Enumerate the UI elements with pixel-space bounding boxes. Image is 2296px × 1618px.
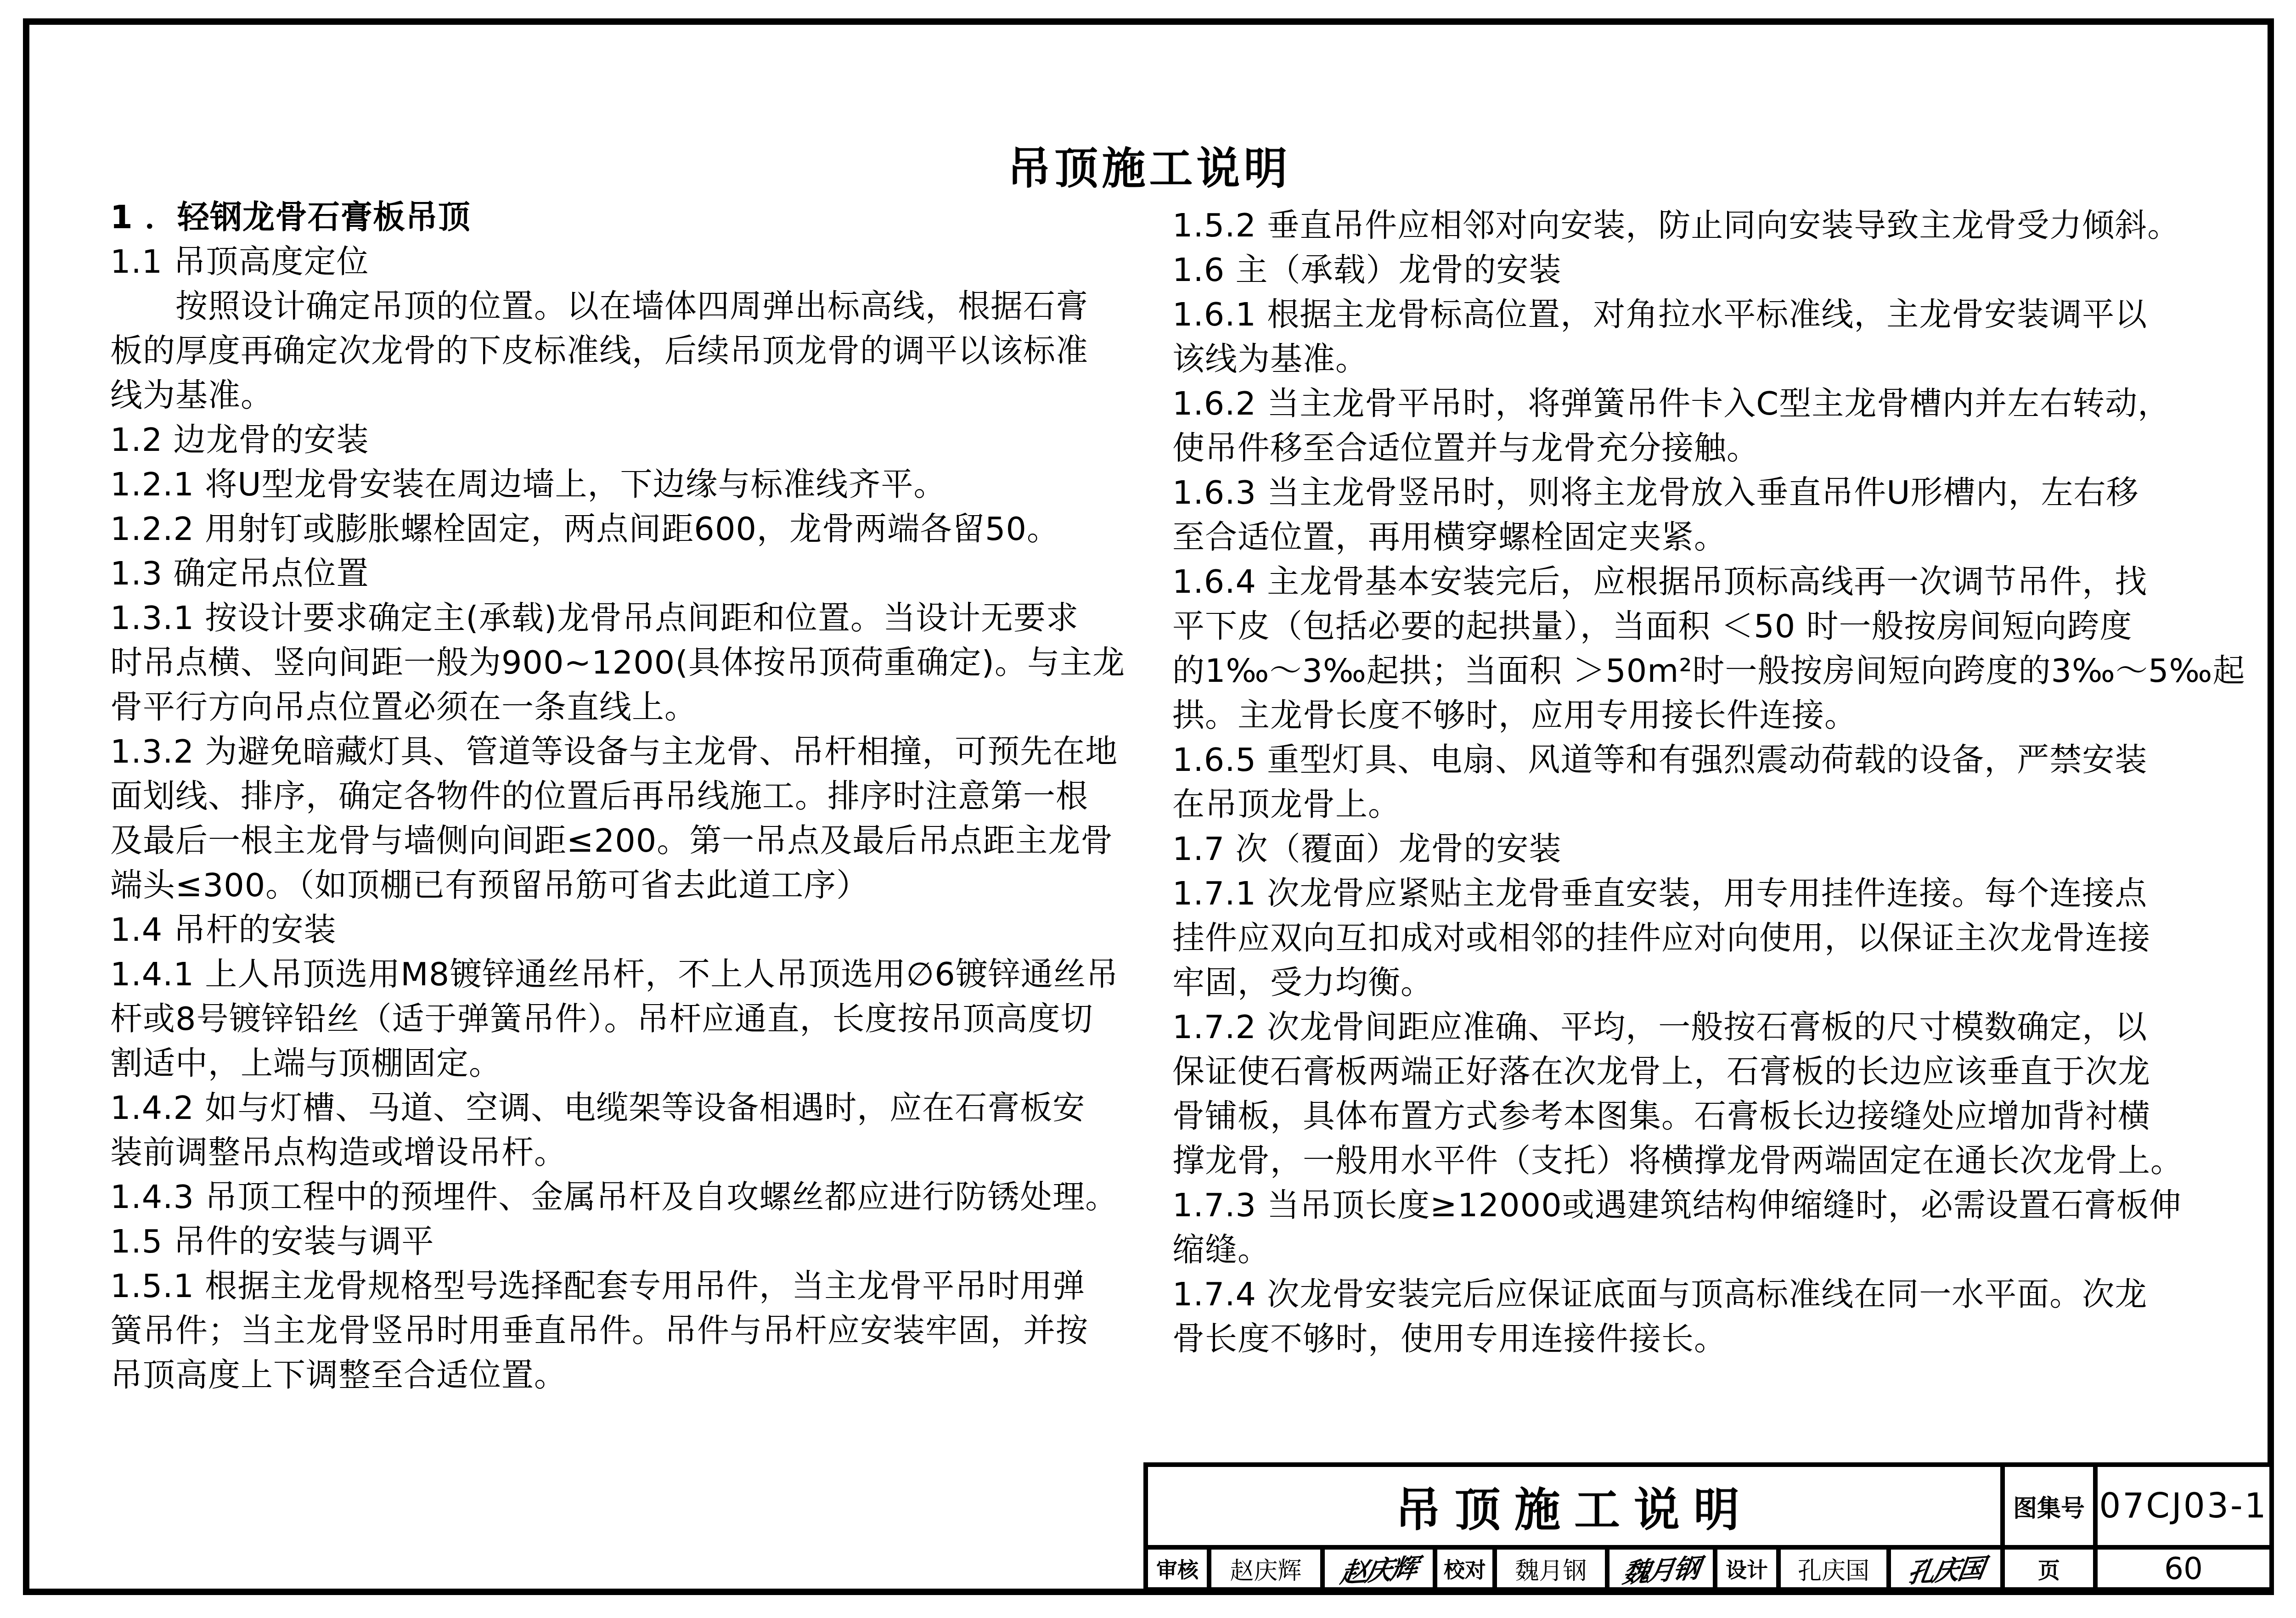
page-label: 页	[2005, 1550, 2093, 1587]
text-line: 1 ．轻钢龙骨石膏板吊顶	[110, 195, 1143, 240]
text-line: 杆或8号镀锌铅丝（适于弹簧吊件）。吊杆应通直，长度按吊顶高度切	[110, 997, 1143, 1041]
text-line: 按照设计确定吊顶的位置。以在墙体四周弹出标高线，根据石膏	[110, 284, 1143, 329]
designer-signature: 孔庆国	[1891, 1550, 2000, 1587]
text-line: 骨铺板，具体布置方式参考本图集。石膏板长边接缝处应增加背衬横	[1172, 1094, 2247, 1139]
text-line: 1.5 吊件的安装与调平	[110, 1219, 1143, 1264]
text-line: 1.2.1 将U型龙骨安装在周边墙上，下边缘与标准线齐平。	[110, 462, 1143, 507]
page-title: 吊顶施工说明	[0, 134, 2296, 197]
text-line: 1.6.2 当主龙骨平吊时，将弹簧吊件卡入C型主龙骨槽内并左右转动，	[1172, 382, 2247, 426]
text-line: 骨长度不够时，使用专用连接件接长。	[1172, 1317, 2247, 1361]
text-line: 牢固，受力均衡。	[1172, 961, 2247, 1005]
drawing-title-cell: 吊顶施工说明	[1148, 1467, 2000, 1545]
signature-handwriting: 孔庆国	[1905, 1550, 1986, 1587]
text-line: 使吊件移至合适位置并与龙骨充分接触。	[1172, 426, 2247, 471]
text-line: 1.3 确定吊点位置	[110, 551, 1143, 596]
text-line: 线为基准。	[110, 373, 1143, 418]
text-line: 割适中，上端与顶棚固定。	[110, 1041, 1143, 1086]
text-line: 骨平行方向吊点位置必须在一条直线上。	[110, 685, 1143, 730]
signature-handwriting: 魏月钢	[1621, 1550, 1702, 1587]
reviewer-name: 赵庆辉	[1211, 1550, 1320, 1587]
text-line: 1.2 边龙骨的安装	[110, 418, 1143, 462]
text-line: 保证使石膏板两端正好落在次龙骨上，石膏板的长边应该垂直于次龙	[1172, 1050, 2247, 1094]
text-line: 吊顶高度上下调整至合适位置。	[110, 1353, 1143, 1398]
designer-name: 孔庆国	[1781, 1550, 1886, 1587]
text-line: 1.7 次（覆面）龙骨的安装	[1172, 827, 2247, 871]
text-line: 1.4.2 如与灯槽、马道、空调、电缆架等设备相遇时，应在石膏板安	[110, 1086, 1143, 1130]
designer-label: 设计	[1717, 1550, 1776, 1587]
text-line: 1.7.4 次龙骨安装完后应保证底面与顶高标准线在同一水平面。次龙	[1172, 1272, 2247, 1317]
text-line: 1.3.2 为避免暗藏灯具、管道等设备与主龙骨、吊杆相撞，可预先在地	[110, 730, 1143, 774]
document-page: 吊顶施工说明 1 ．轻钢龙骨石膏板吊顶1.1 吊顶高度定位 按照设计确定吊顶的位…	[0, 0, 2296, 1618]
text-line: 在吊顶龙骨上。	[1172, 782, 2247, 827]
text-line: 1.4 吊杆的安装	[110, 908, 1143, 952]
signature-handwriting: 赵庆辉	[1339, 1550, 1419, 1587]
text-line: 撑龙骨，一般用水平件（支托）将横撑龙骨两端固定在通长次龙骨上。	[1172, 1139, 2247, 1183]
text-line: 装前调整吊点构造或增设吊杆。	[110, 1130, 1143, 1175]
text-line: 1.1 吊顶高度定位	[110, 240, 1143, 284]
text-line: 时吊点横、竖向间距一般为900~1200(具体按吊顶荷重确定)。与主龙	[110, 640, 1143, 685]
text-line: 端头≤300。（如顶棚已有预留吊筋可省去此道工序）	[110, 863, 1143, 908]
text-line: 至合适位置，再用横穿螺栓固定夹紧。	[1172, 515, 2247, 560]
text-line: 1.6.1 根据主龙骨标高位置，对角拉水平标准线，主龙骨安装调平以	[1172, 292, 2247, 337]
text-line: 1.5.2 垂直吊件应相邻对向安装，防止同向安装导致主龙骨受力倾斜。	[1172, 203, 2247, 248]
text-line: 的1‰～3‰起拱；当面积 ＞50m²时一般按房间短向跨度的3‰～5‰起	[1172, 649, 2247, 693]
text-line: 及最后一根主龙骨与墙侧向间距≤200。第一吊点及最后吊点距主龙骨	[110, 819, 1143, 863]
text-line: 1.7.3 当吊顶长度≥12000或遇建筑结构伸缩缝时，必需设置石膏板伸	[1172, 1183, 2247, 1228]
reviewer-label: 审核	[1148, 1550, 1207, 1587]
text-line: 该线为基准。	[1172, 337, 2247, 382]
proofreader-signature: 魏月钢	[1609, 1550, 1713, 1587]
text-line: 1.7.1 次龙骨应紧贴主龙骨垂直安装，用专用挂件连接。每个连接点	[1172, 871, 2247, 916]
text-line: 1.6.3 当主龙骨竖吊时，则将主龙骨放入垂直吊件U形槽内，左右移	[1172, 471, 2247, 515]
text-line: 1.4.3 吊顶工程中的预埋件、金属吊杆及自攻螺丝都应进行防锈处理。	[110, 1175, 1143, 1219]
left-column: 1 ．轻钢龙骨石膏板吊顶1.1 吊顶高度定位 按照设计确定吊顶的位置。以在墙体四…	[110, 195, 1143, 1398]
page-number: 60	[2098, 1550, 2269, 1587]
atlas-number-label: 图集号	[2005, 1467, 2093, 1545]
text-line: 板的厚度再确定次龙骨的下皮标准线，后续吊顶龙骨的调平以该标准	[110, 329, 1143, 373]
text-line: 1.6 主（承载）龙骨的安装	[1172, 248, 2247, 292]
text-line: 1.3.1 按设计要求确定主(承载)龙骨吊点间距和位置。当设计无要求	[110, 596, 1143, 640]
text-line: 1.5.1 根据主龙骨规格型号选择配套专用吊件，当主龙骨平吊时用弹	[110, 1264, 1143, 1309]
text-line: 拱。主龙骨长度不够时，应用专用接长件连接。	[1172, 693, 2247, 738]
proofreader-label: 校对	[1437, 1550, 1492, 1587]
text-line: 1.7.2 次龙骨间距应准确、平均，一般按石膏板的尺寸模数确定，以	[1172, 1005, 2247, 1050]
text-line: 1.4.1 上人吊顶选用M8镀锌通丝吊杆，不上人吊顶选用∅6镀锌通丝吊	[110, 952, 1143, 997]
text-line: 挂件应双向互扣成对或相邻的挂件应对向使用，以保证主次龙骨连接	[1172, 916, 2247, 961]
text-line: 面划线、排序，确定各物件的位置后再吊线施工。排序时注意第一根	[110, 774, 1143, 819]
text-line: 簧吊件；当主龙骨竖吊时用垂直吊件。吊件与吊杆应安装牢固，并按	[110, 1309, 1143, 1353]
title-block: 吊顶施工说明 图集号 07CJ03-1 审核 赵庆辉 赵庆辉 校对 魏月钢 魏月…	[1143, 1462, 2274, 1592]
text-line: 1.2.2 用射钉或膨胀螺栓固定，两点间距600，龙骨两端各留50。	[110, 507, 1143, 551]
text-line: 1.6.5 重型灯具、电扇、风道等和有强烈震动荷载的设备，严禁安装	[1172, 738, 2247, 782]
text-line: 平下皮（包括必要的起拱量），当面积 ＜50 时一般按房间短向跨度	[1172, 604, 2247, 649]
text-line: 1.6.4 主龙骨基本安装完后，应根据吊顶标高线再一次调节吊件，找	[1172, 560, 2247, 604]
atlas-number-value: 07CJ03-1	[2098, 1467, 2269, 1545]
text-line: 缩缝。	[1172, 1228, 2247, 1272]
right-column: 1.5.2 垂直吊件应相邻对向安装，防止同向安装导致主龙骨受力倾斜。1.6 主（…	[1172, 203, 2247, 1361]
reviewer-signature: 赵庆辉	[1325, 1550, 1433, 1587]
proofreader-name: 魏月钢	[1497, 1550, 1605, 1587]
